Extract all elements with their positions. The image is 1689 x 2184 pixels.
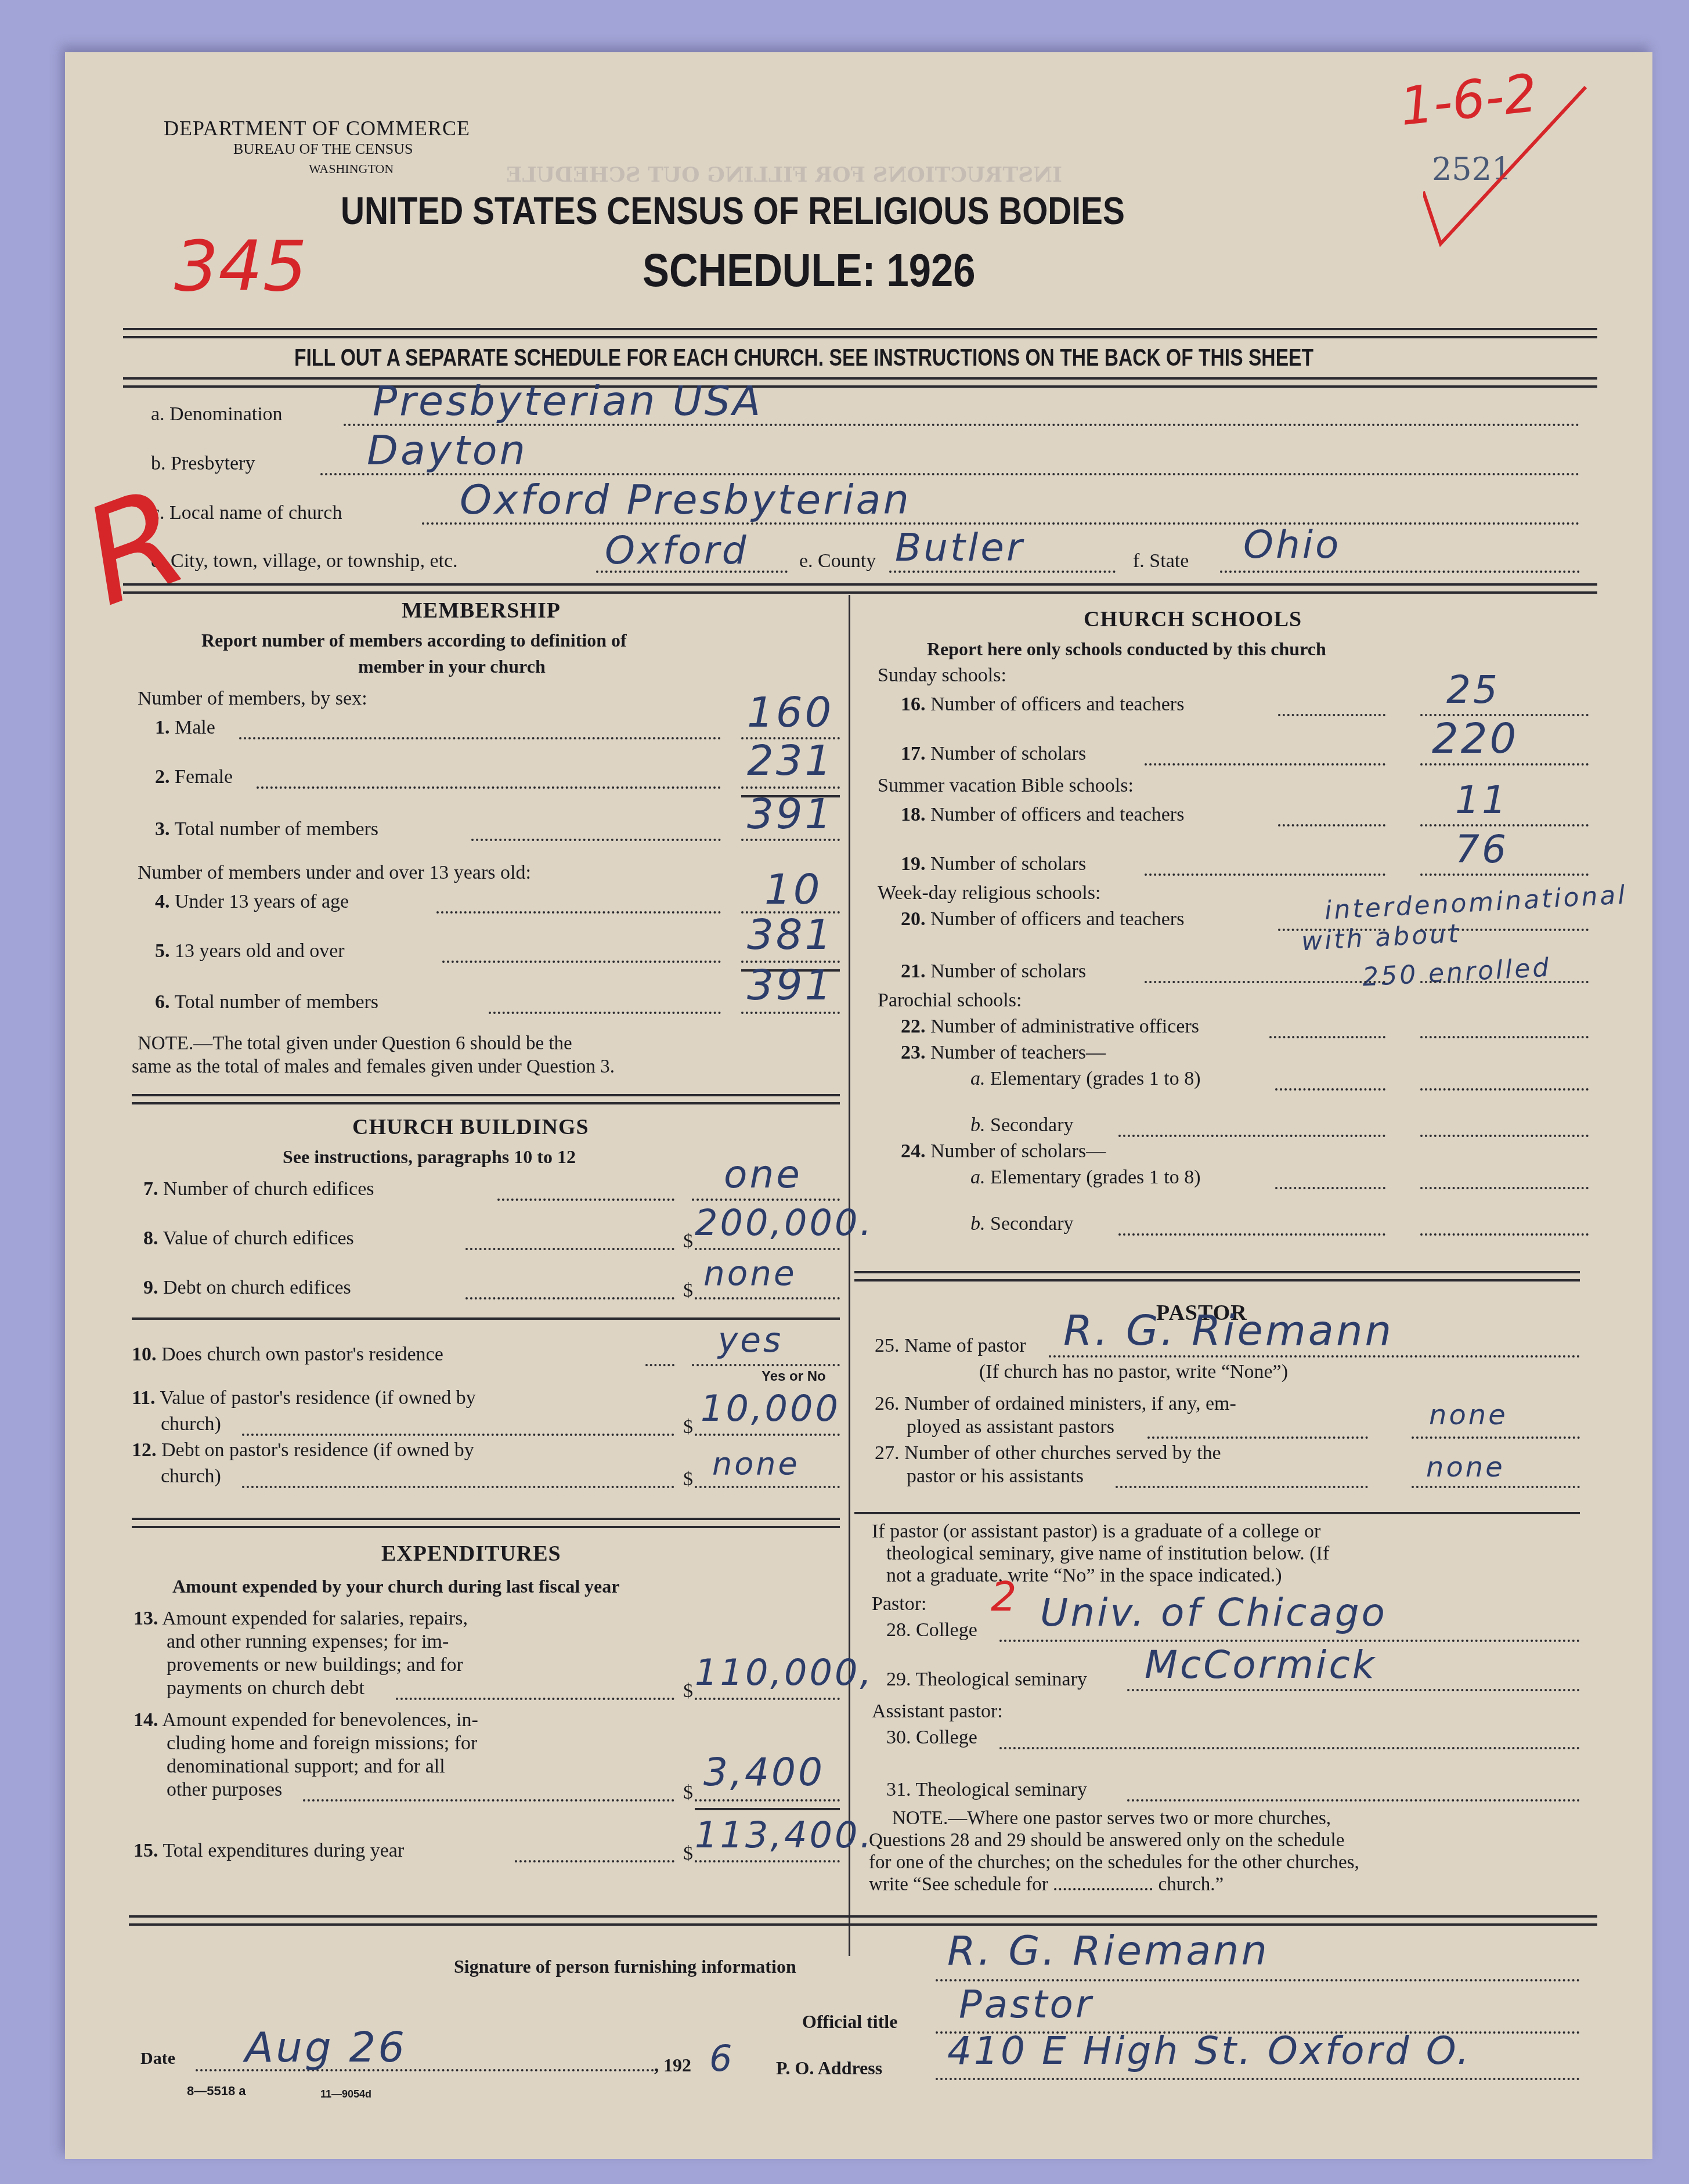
summer-schools-label: Summer vacation Bible schools: bbox=[878, 775, 1134, 797]
header-rule-bottom bbox=[123, 377, 1597, 388]
buildings-heading: CHURCH BUILDINGS bbox=[352, 1114, 589, 1140]
q21-field[interactable] bbox=[1420, 981, 1589, 983]
presbytery-label: b. Presbytery bbox=[151, 453, 255, 475]
membership-rule bbox=[132, 1094, 840, 1104]
by-age-label: Number of members under and over 13 year… bbox=[138, 862, 531, 884]
q8-field[interactable] bbox=[695, 1248, 840, 1250]
parochial-schools-label: Parochial schools: bbox=[878, 990, 1022, 1012]
po-address-field[interactable] bbox=[936, 2078, 1580, 2080]
q31-field[interactable] bbox=[1127, 1799, 1580, 1802]
q16-leader bbox=[1278, 714, 1385, 716]
q12-label-2: church) bbox=[161, 1465, 221, 1488]
q12-label: 12. Debt on pastor's residence (if owned… bbox=[132, 1439, 474, 1461]
q24a-leader bbox=[1275, 1187, 1385, 1189]
q20-label: 20. Number of officers and teachers bbox=[901, 908, 1184, 930]
q6-label: 6. Total number of members bbox=[155, 991, 378, 1013]
q12-value: none bbox=[712, 1445, 800, 1482]
department-name: DEPARTMENT OF COMMERCE bbox=[164, 116, 470, 140]
county-field[interactable] bbox=[889, 571, 1116, 573]
q7-field[interactable] bbox=[692, 1199, 840, 1201]
form-code-1: 8—5518 a bbox=[187, 2084, 246, 2099]
q22-leader bbox=[1269, 1036, 1385, 1038]
state-value: Ohio bbox=[1243, 522, 1341, 567]
q30-label: 30. College bbox=[886, 1727, 977, 1749]
q11-currency: $ bbox=[683, 1416, 693, 1438]
yes-no-caption: Yes or No bbox=[762, 1369, 826, 1385]
buildings-subheading: See instructions, paragraphs 10 to 12 bbox=[283, 1146, 576, 1168]
q17-field[interactable] bbox=[1420, 763, 1589, 766]
q5-value: 381 bbox=[747, 910, 833, 959]
bleed-through-heading: INSTRUCTIONS FOR FILLING OUT SCHEDULE bbox=[506, 163, 1062, 187]
q10-value: yes bbox=[718, 1320, 783, 1360]
census-form-sheet: INSTRUCTIONS FOR FILLING OUT SCHEDULE DE… bbox=[65, 52, 1652, 2159]
expenditures-heading: EXPENDITURES bbox=[381, 1541, 561, 1566]
pastor-rule bbox=[854, 1512, 1580, 1514]
q8-label: 8. Value of church edifices bbox=[143, 1228, 354, 1250]
date-label: Date bbox=[140, 2049, 175, 2069]
q9-value: none bbox=[703, 1254, 797, 1293]
q23a-label: a. Elementary (grades 1 to 8) bbox=[970, 1068, 1201, 1090]
q14-value: 3,400 bbox=[703, 1750, 825, 1795]
q6-value: 391 bbox=[747, 961, 833, 1009]
date-value: Aug 26 bbox=[245, 2023, 407, 2071]
q11-leader bbox=[242, 1434, 674, 1436]
q7-value: one bbox=[724, 1152, 802, 1197]
q1-value: 160 bbox=[747, 688, 833, 737]
q27-value: none bbox=[1426, 1451, 1505, 1483]
q13-currency: $ bbox=[683, 1680, 693, 1702]
q25-value: R. G. Riemann bbox=[1063, 1306, 1394, 1355]
signature-label: Signature of person furnishing informati… bbox=[454, 1956, 796, 1977]
q27-label-1: 27. Number of other churches served by t… bbox=[875, 1442, 1221, 1464]
q4-value: 10 bbox=[764, 865, 822, 914]
header-rule-top bbox=[123, 328, 1597, 338]
q29-label: 29. Theological seminary bbox=[886, 1669, 1087, 1691]
q10-label: 10. Does church own pastor's residence bbox=[132, 1344, 443, 1366]
grad-note-1: If pastor (or assistant pastor) is a gra… bbox=[872, 1521, 1320, 1543]
q5-leader bbox=[442, 961, 721, 963]
q5-label: 5. 13 years old and over bbox=[155, 940, 345, 962]
q25-field[interactable] bbox=[1049, 1355, 1580, 1358]
year-prefix: , 192 bbox=[654, 2055, 691, 2076]
state-label: f. State bbox=[1133, 550, 1189, 572]
q6-leader bbox=[489, 1012, 721, 1014]
q21-leader bbox=[1145, 981, 1385, 983]
column-divider bbox=[849, 595, 850, 1956]
red-annotation-left-number: 345 bbox=[174, 226, 307, 307]
q17-leader bbox=[1145, 763, 1385, 766]
bureau-name: BUREAU OF THE CENSUS bbox=[233, 140, 413, 158]
q10-field[interactable] bbox=[692, 1364, 840, 1366]
q13-field[interactable] bbox=[695, 1698, 840, 1700]
q14-line-4: other purposes bbox=[167, 1779, 282, 1801]
q4-label: 4. Under 13 years of age bbox=[155, 891, 349, 913]
q19-field[interactable] bbox=[1420, 873, 1589, 876]
q9-currency: $ bbox=[683, 1280, 693, 1302]
buildings-bottom-rule bbox=[132, 1518, 840, 1528]
q17-value: 220 bbox=[1432, 714, 1518, 763]
state-field[interactable] bbox=[1220, 571, 1580, 573]
q29-value: McCormick bbox=[1145, 1642, 1377, 1687]
q3-field[interactable] bbox=[741, 839, 840, 841]
q27-leader bbox=[1116, 1486, 1368, 1488]
red-annotation-pastor: 2 bbox=[991, 1573, 1017, 1620]
q24b-field[interactable] bbox=[1420, 1233, 1589, 1236]
membership-note-2: same as the total of males and females g… bbox=[132, 1056, 615, 1078]
q2-field[interactable] bbox=[741, 786, 840, 789]
q14-label: 14. Amount expended for benevolences, in… bbox=[133, 1709, 478, 1731]
q7-label: 7. Number of church edifices bbox=[143, 1178, 374, 1200]
q23-label: 23. Number of teachers— bbox=[901, 1042, 1106, 1064]
schools-subheading: Report here only schools conducted by th… bbox=[927, 638, 1326, 660]
q14-field[interactable] bbox=[695, 1799, 840, 1802]
official-title-label: Official title bbox=[802, 2011, 897, 2033]
q12-currency: $ bbox=[683, 1468, 693, 1490]
form-subtitle: SCHEDULE: 1926 bbox=[643, 244, 976, 297]
q18-leader bbox=[1278, 824, 1385, 826]
grad-note-3: not a graduate, write “No” in the space … bbox=[886, 1565, 1282, 1587]
po-address-label: P. O. Address bbox=[776, 2057, 882, 2079]
q26-label-1: 26. Number of ordained ministers, if any… bbox=[875, 1393, 1236, 1415]
sunday-schools-label: Sunday schools: bbox=[878, 665, 1006, 687]
q6-field[interactable] bbox=[741, 1012, 840, 1014]
buildings-rule bbox=[132, 1317, 840, 1320]
q23b-field[interactable] bbox=[1420, 1135, 1589, 1137]
q25-label: 25. Name of pastor bbox=[875, 1335, 1026, 1357]
pastor-note-3: for one of the churches; on the schedule… bbox=[869, 1852, 1359, 1873]
q10-leader bbox=[645, 1364, 674, 1366]
q9-field[interactable] bbox=[695, 1297, 840, 1299]
q8-value: 200,000. bbox=[695, 1201, 874, 1244]
q14-currency: $ bbox=[683, 1782, 693, 1804]
q11-field[interactable] bbox=[695, 1434, 840, 1436]
q21-label: 21. Number of scholars bbox=[901, 961, 1086, 983]
q27-field[interactable] bbox=[1412, 1486, 1580, 1488]
membership-subheading-1: Report number of members according to de… bbox=[201, 630, 627, 651]
signature-field[interactable] bbox=[936, 1979, 1580, 1981]
weekday-note-3: 250 enrolled bbox=[1362, 953, 1552, 992]
q16-label: 16. Number of officers and teachers bbox=[901, 694, 1184, 716]
q15-label: 15. Total expenditures during year bbox=[133, 1840, 404, 1862]
q8-currency: $ bbox=[683, 1230, 693, 1252]
q7-leader bbox=[497, 1199, 674, 1201]
q15-currency: $ bbox=[683, 1843, 693, 1865]
q13-label: 13. Amount expended for salaries, repair… bbox=[133, 1608, 468, 1630]
q28-label: 28. College bbox=[886, 1619, 977, 1641]
q26-label-2: ployed as assistant pastors bbox=[907, 1416, 1114, 1438]
membership-heading: MEMBERSHIP bbox=[402, 598, 561, 623]
q30-field[interactable] bbox=[999, 1747, 1580, 1749]
q16-value: 25 bbox=[1446, 667, 1500, 712]
q14-sum-rule bbox=[695, 1808, 840, 1810]
q18-field[interactable] bbox=[1420, 824, 1589, 826]
weekday-note-2: with about bbox=[1301, 919, 1461, 956]
q22-field[interactable] bbox=[1420, 1036, 1589, 1038]
membership-note-1: NOTE.—The total given under Question 6 s… bbox=[138, 1033, 572, 1055]
q2-label: 2. Female bbox=[155, 766, 233, 788]
q1-label: 1. Male bbox=[155, 717, 215, 739]
county-label: e. County bbox=[799, 550, 876, 572]
q11-label: 11. Value of pastor's residence (if owne… bbox=[132, 1387, 476, 1409]
q23b-leader bbox=[1118, 1135, 1385, 1137]
by-sex-label: Number of members, by sex: bbox=[138, 688, 367, 710]
denomination-value: Presbyterian USA bbox=[373, 377, 763, 425]
q28-value: Univ. of Chicago bbox=[1040, 1590, 1387, 1635]
q13-leader bbox=[396, 1698, 674, 1700]
q19-leader bbox=[1145, 873, 1385, 876]
grad-note-2: theological seminary, give name of insti… bbox=[886, 1543, 1329, 1565]
q25-hint: (If church has no pastor, write “None”) bbox=[979, 1361, 1288, 1383]
form-title: UNITED STATES CENSUS OF RELIGIOUS BODIES bbox=[341, 189, 1125, 233]
q19-label: 19. Number of scholars bbox=[901, 853, 1086, 875]
city-name: WASHINGTON bbox=[309, 161, 394, 176]
q13-line-3: provements or new buildings; and for bbox=[167, 1654, 463, 1676]
county-value: Butler bbox=[895, 525, 1024, 570]
q29-field[interactable] bbox=[1127, 1689, 1580, 1691]
q13-line-2: and other running expenses; for im- bbox=[167, 1631, 449, 1653]
weekday-note-1: interdenominational bbox=[1324, 880, 1628, 925]
pastor-note-4: write “See schedule for ................… bbox=[869, 1874, 1224, 1896]
q26-leader bbox=[1147, 1436, 1368, 1439]
q11-value: 10,000 bbox=[701, 1387, 840, 1429]
official-title-value: Pastor bbox=[959, 1982, 1093, 2027]
q26-value: none bbox=[1429, 1399, 1508, 1431]
q12-leader bbox=[242, 1486, 674, 1488]
q14-line-2: cluding home and foreign missions; for bbox=[167, 1732, 477, 1755]
schools-heading: CHURCH SCHOOLS bbox=[1084, 607, 1302, 632]
q31-label: 31. Theological seminary bbox=[886, 1779, 1087, 1801]
schools-rule bbox=[854, 1271, 1580, 1281]
q14-leader bbox=[303, 1799, 674, 1802]
local-name-value: Oxford Presbyterian bbox=[460, 476, 911, 524]
q18-label: 18. Number of officers and teachers bbox=[901, 804, 1184, 826]
q13-value: 110,000, bbox=[695, 1651, 874, 1694]
q2-value: 231 bbox=[747, 736, 833, 785]
q12-field[interactable] bbox=[695, 1486, 840, 1488]
q24a-label: a. Elementary (grades 1 to 8) bbox=[970, 1167, 1201, 1189]
q9-leader bbox=[465, 1297, 674, 1299]
q24a-field[interactable] bbox=[1420, 1187, 1589, 1189]
q3-leader bbox=[471, 839, 721, 841]
city-label: d. City, town, village, or township, etc… bbox=[151, 550, 458, 572]
q14-line-3: denominational support; and for all bbox=[167, 1756, 445, 1778]
q4-leader bbox=[436, 911, 721, 914]
red-annotation-left-letter: R bbox=[64, 459, 204, 637]
red-check-mark bbox=[1423, 75, 1597, 250]
po-address-value: 410 E High St. Oxford O. bbox=[947, 2028, 1471, 2073]
q8-leader bbox=[465, 1248, 674, 1250]
q13-line-4: payments on church debt bbox=[167, 1677, 364, 1699]
denomination-label: a. Denomination bbox=[151, 403, 283, 425]
q15-leader bbox=[515, 1860, 674, 1862]
city-value: Oxford bbox=[605, 528, 749, 573]
presbytery-value: Dayton bbox=[367, 427, 528, 474]
pastor-note-1: NOTE.—Where one pastor serves two or mor… bbox=[892, 1808, 1331, 1829]
q26-field[interactable] bbox=[1412, 1436, 1580, 1439]
q2-leader bbox=[257, 786, 721, 789]
membership-subheading-2: member in your church bbox=[358, 656, 546, 677]
q18-value: 11 bbox=[1455, 778, 1508, 822]
q23a-field[interactable] bbox=[1420, 1088, 1589, 1091]
expenditures-subheading: Amount expended by your church during la… bbox=[172, 1576, 619, 1597]
local-name-label: c. Local name of church bbox=[151, 502, 342, 524]
q15-field[interactable] bbox=[695, 1860, 840, 1862]
q27-label-2: pastor or his assistants bbox=[907, 1465, 1084, 1488]
form-code-2: 11—9054d bbox=[320, 2088, 371, 2100]
q19-value: 76 bbox=[1455, 827, 1508, 872]
q24b-leader bbox=[1118, 1233, 1385, 1236]
q1-leader bbox=[239, 737, 721, 739]
q22-label: 22. Number of administrative officers bbox=[901, 1016, 1199, 1038]
q24b-label: b. Secondary bbox=[970, 1213, 1074, 1235]
q3-label: 3. Total number of members bbox=[155, 818, 378, 840]
q24-label: 24. Number of scholars— bbox=[901, 1140, 1106, 1163]
q17-label: 17. Number of scholars bbox=[901, 743, 1086, 765]
footer-rule bbox=[129, 1915, 1597, 1926]
signature-value: R. G. Riemann bbox=[947, 1927, 1269, 1974]
year-suffix: 6 bbox=[709, 2037, 734, 2080]
q11-label-2: church) bbox=[161, 1413, 221, 1435]
q9-label: 9. Debt on church edifices bbox=[143, 1277, 351, 1299]
q15-value: 113,400. bbox=[695, 1814, 874, 1856]
weekday-schools-label: Week-day religious schools: bbox=[878, 882, 1100, 904]
q23b-label: b. Secondary bbox=[970, 1114, 1074, 1136]
q28-field[interactable] bbox=[999, 1640, 1580, 1642]
pastor-note-2: Questions 28 and 29 should be answered o… bbox=[869, 1830, 1344, 1851]
q3-value: 391 bbox=[747, 789, 833, 838]
instruction-banner: FILL OUT A SEPARATE SCHEDULE FOR EACH CH… bbox=[294, 344, 1313, 371]
pastor-label: Pastor: bbox=[872, 1593, 926, 1615]
assistant-pastor-label: Assistant pastor: bbox=[872, 1701, 1003, 1723]
identification-rule bbox=[123, 583, 1597, 594]
q23a-leader bbox=[1275, 1088, 1385, 1091]
